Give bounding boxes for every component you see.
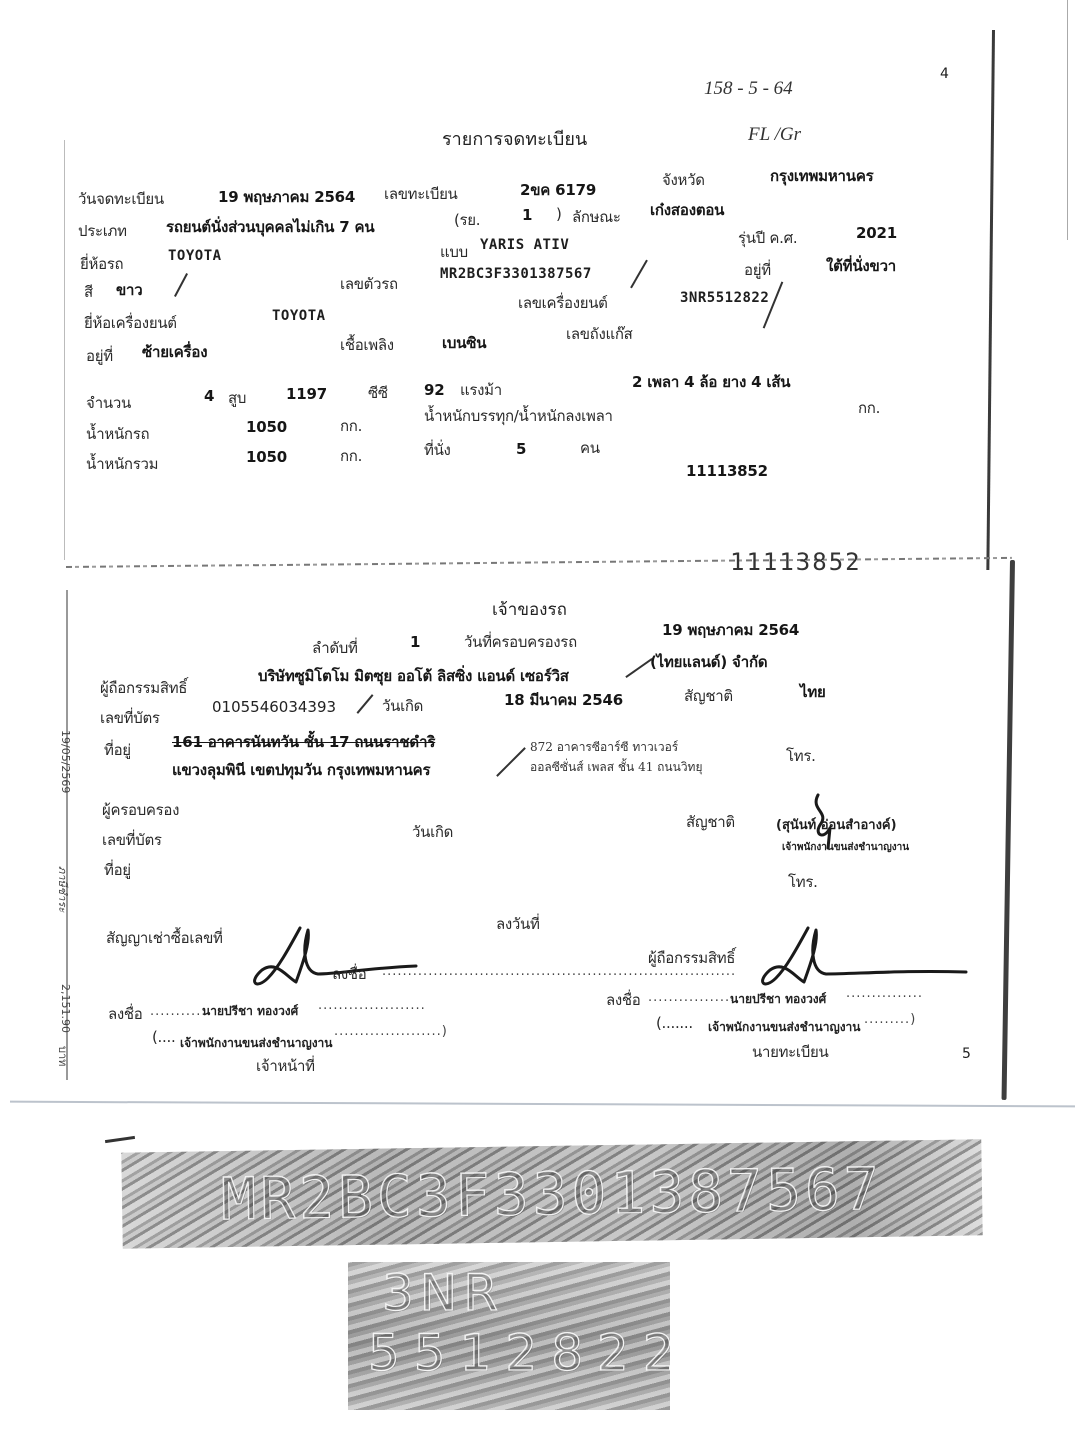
cylinders-unit: สูบ <box>228 386 246 410</box>
axles-wheels: 2 เพลา 4 ล้อ ยาง 4 เส้น <box>632 370 790 394</box>
margin-tax-date: 19/05/2569 <box>59 730 72 793</box>
gross-weight: 1050 <box>246 448 287 466</box>
color-label: สี <box>84 280 93 304</box>
left-officer-title: เจ้าพนักงานขนส่งชำนาญงาน <box>180 1034 333 1053</box>
model-year-label: รุ่นปี ค.ศ. <box>738 226 797 250</box>
seats: 5 <box>516 440 526 458</box>
margin-tax-amount: 2,151.90 <box>59 984 72 1033</box>
check-mark <box>630 260 648 289</box>
engine-no-label: เลขเครื่องยนต์ <box>518 291 608 315</box>
province-label: จังหวัด <box>662 168 705 192</box>
vehicle-type: รถยนต์นั่งส่วนบุคคลไม่เกิน 7 คน <box>166 215 374 239</box>
address-struck: 161 อาคารนันทวัน ชั้น 17 ถนนราชดำริ <box>172 730 435 754</box>
paren-open: (....... <box>656 1014 693 1032</box>
page-edge-far-right <box>1067 0 1068 240</box>
nationality-label: สัญชาติ <box>684 684 733 708</box>
model-year: 2021 <box>856 224 897 242</box>
plate-label: เลขทะเบียน <box>384 182 458 206</box>
seats-label: ที่นั่ง <box>424 438 451 462</box>
dotted-line: ........... <box>150 1004 206 1019</box>
fuel-label: เชื้อเพลิง <box>340 333 394 357</box>
page-edge-right-upper <box>986 30 995 570</box>
possessor-phone-label: โทร. <box>788 870 818 894</box>
engine-number: 3NR5512822 <box>680 290 769 306</box>
plate-number: 2ขค 6179 <box>520 178 596 202</box>
sequence-number: 1 <box>410 633 420 651</box>
cc-unit: ซีซี <box>368 381 388 405</box>
brand: TOYOTA <box>168 248 222 264</box>
holder-name-suffix: (ไทยแลนด์) จำกัด <box>650 650 767 674</box>
weight-label: น้ำหนักรถ <box>86 422 149 446</box>
gross-weight-label: น้ำหนักรวม <box>86 452 158 476</box>
engine-rubbing-line-2: 5512822 <box>368 1324 670 1382</box>
ry-close: ) <box>556 205 562 223</box>
seats-unit: คน <box>580 436 600 460</box>
province: กรุงเทพมหานคร <box>770 164 874 188</box>
holder-signature-label: ผู้ถือกรรมสิทธิ์ <box>648 946 735 970</box>
document-title: รายการจดทะเบียน <box>442 124 587 153</box>
vehicle-weight: 1050 <box>246 418 287 436</box>
ry-label: (รย. <box>454 208 480 232</box>
page-edge-left <box>64 140 65 560</box>
dotted-line: ............... <box>846 986 923 1001</box>
handwritten-code: FL /Gr <box>748 124 801 146</box>
sign-date-label: ลงวันที่ <box>496 912 540 936</box>
address-new-line-2: ออลซีซั่นส์ เพลส ชั้น 41 ถนนวิทยุ <box>530 758 703 777</box>
chassis-location: ใต้ที่นั่งขวา <box>826 254 896 278</box>
horsepower: 92 <box>424 381 444 399</box>
ry-value: 1 <box>522 206 532 224</box>
check-mark <box>357 694 374 714</box>
left-officer-name: นายปรีชา ทองวงศ์ <box>202 1002 298 1021</box>
reg-date: 19 พฤษภาคม 2564 <box>218 185 355 209</box>
possessor-id-label: เลขที่บัตร <box>102 828 162 852</box>
gas-tank-label: เลขถังแก๊ส <box>566 322 632 346</box>
nationality: ไทย <box>800 680 826 704</box>
possessor-label: ผู้ครอบครอง <box>102 798 179 822</box>
birth-date: 18 มีนาคม 2546 <box>504 688 623 712</box>
dotted-line: ................. <box>648 990 735 1005</box>
weight-unit: กก. <box>340 414 362 438</box>
reg-date-label: วันจดทะเบียน <box>78 187 164 211</box>
possession-date-label: วันที่ครอบครองรถ <box>464 630 577 654</box>
dotted-line: ..................... <box>318 998 426 1013</box>
address-new-line-1: 872 อาคารซีอาร์ซี ทาวเวอร์ <box>530 738 678 757</box>
brand-label: ยี่ห้อรถ <box>80 252 123 276</box>
engine-brand-label: ยี่ห้อเครื่องยนต์ <box>84 311 177 335</box>
model-label: แบบ <box>440 240 468 264</box>
margin-tax-currency: บาท <box>54 1046 72 1066</box>
owner-section-title: เจ้าของรถ <box>492 596 567 623</box>
paren-open: (.... <box>152 1028 175 1046</box>
scan-bottom-line <box>10 1101 1075 1108</box>
chassis-number-rubbing: MR2BC3F3301387567 <box>121 1139 982 1248</box>
possessor-birth-label: วันเกิด <box>412 820 453 844</box>
page-number-top: 4 <box>940 66 949 82</box>
page-edge-right-lower <box>1002 560 1015 1100</box>
initial-signature <box>800 790 850 850</box>
load-kg-unit: กก. <box>858 396 880 420</box>
page-number-bottom: 5 <box>962 1046 971 1062</box>
style-label: ลักษณะ <box>572 205 621 229</box>
chassis-label: เลขตัวรถ <box>340 272 398 296</box>
chassis-rubbing-text: MR2BC3F3301387567 <box>221 1155 884 1233</box>
sign-label-left: ลงชื่อ <box>108 1002 143 1026</box>
dotted-line: .........) <box>864 1012 916 1027</box>
vehicle-style: เก๋งสองตอน <box>650 198 724 222</box>
chassis-location-label: อยู่ที่ <box>744 258 771 282</box>
possessor-address-label: ที่อยู่ <box>104 858 131 882</box>
right-officer-role: นายทะเบียน <box>752 1040 828 1064</box>
cylinders: 4 <box>204 387 214 405</box>
signature-left <box>238 920 428 1000</box>
engine-brand: TOYOTA <box>272 308 326 324</box>
engine-location-label: อยู่ที่ <box>86 344 113 368</box>
document-serial: 11113852 <box>686 462 768 480</box>
sequence-label: ลำดับที่ <box>312 636 358 660</box>
engine-number-rubbing: 3NR 5512822 <box>348 1262 670 1410</box>
check-mark <box>625 658 652 678</box>
birth-label: วันเกิด <box>382 694 423 718</box>
possession-date: 19 พฤษภาคม 2564 <box>662 618 799 642</box>
holder-name: บริษัทซูมิโตโม มิตซุย ออโต้ ลิสซิ่ง แอนด… <box>258 664 569 688</box>
hp-unit: แรงม้า <box>460 378 502 402</box>
engine-location: ซ้ายเครื่อง <box>142 340 207 364</box>
load-weight-label: น้ำหนักบรรทุก/น้ำหนักลงเพลา <box>424 404 613 428</box>
possessor-nationality-label: สัญชาติ <box>686 810 735 834</box>
chassis-number: MR2BC3F3301387567 <box>440 266 592 282</box>
right-officer-title: เจ้าพนักงานขนส่งชำนาญงาน <box>708 1018 861 1037</box>
margin-tax-label: ภาษีชำระ <box>54 866 72 912</box>
left-officer-role: เจ้าหน้าที่ <box>256 1054 315 1078</box>
right-officer-name: นายปรีชา ทองวงศ์ <box>730 990 826 1009</box>
address-line-2: แขวงลุมพินี เขตปทุมวัน กรุงเทพมหานคร <box>172 758 430 782</box>
address-label: ที่อยู่ <box>104 738 131 762</box>
type-label: ประเภท <box>78 219 127 243</box>
color: ขาว <box>116 278 143 302</box>
phone-label: โทร. <box>786 744 816 768</box>
engine-cc: 1197 <box>286 385 327 403</box>
engine-rubbing-line-1: 3NR <box>382 1264 504 1322</box>
id-number: 0105546034393 <box>212 698 336 716</box>
sign-label-right: ลงชื่อ <box>606 988 641 1012</box>
lease-contract-label: สัญญาเช่าซื้อเลขที่ <box>106 926 223 950</box>
dotted-line: .....................) <box>334 1024 448 1039</box>
model: YARIS ATIV <box>480 237 569 253</box>
holder-label: ผู้ถือกรรมสิทธิ์ <box>100 676 187 700</box>
check-mark <box>496 747 526 777</box>
handwritten-reference: 158 - 5 - 64 <box>704 78 793 100</box>
id-label: เลขที่บัตร <box>100 706 160 730</box>
cylinders-label: จำนวน <box>86 391 131 415</box>
sign-label-top: ลงชื่อ <box>332 962 367 986</box>
fuel: เบนซิน <box>442 331 486 355</box>
page-fold-divider <box>66 557 1012 568</box>
pen-mark <box>105 1136 135 1143</box>
serial-stamp: 11113852 <box>730 548 862 576</box>
gross-weight-unit: กก. <box>340 444 362 468</box>
check-mark <box>174 273 188 297</box>
